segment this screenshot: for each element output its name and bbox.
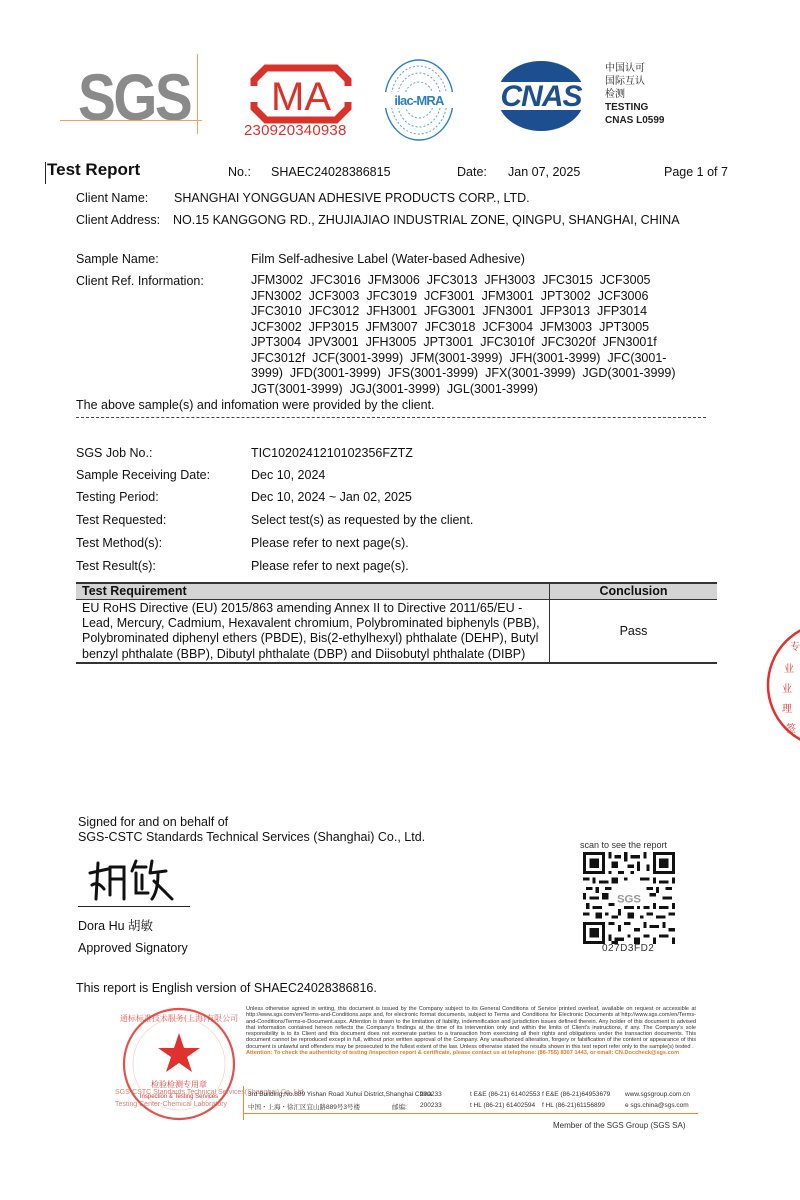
client-ref-line: JFC3010 JFC3012 JFH3001 JFG3001 JFN3001 …	[251, 304, 721, 320]
report-no-label: No.:	[228, 165, 251, 179]
client-ref-line: JFN3002 JCF3003 JFC3019 JCF3001 JFM3001 …	[251, 289, 721, 305]
svg-text:SGS: SGS	[617, 894, 641, 906]
svg-text:CNAS: CNAS	[500, 80, 582, 113]
terms-fine-print: Unless otherwise agreed in writing, this…	[246, 1006, 696, 1056]
english-version-note: This report is English version of SHAEC2…	[76, 981, 377, 995]
report-title: Test Report	[47, 160, 140, 180]
testing-period-value: Dec 10, 2024 ~ Jan 02, 2025	[251, 489, 412, 505]
table-header-row: Test Requirement Conclusion	[76, 583, 717, 600]
handwritten-signature-icon	[86, 855, 176, 905]
signed-line-2: SGS-CSTC Standards Technical Services (S…	[78, 830, 425, 845]
cnas-caption-line: 中国认可	[605, 62, 664, 75]
client-ref-line: JCF3002 JFP3015 JFM3007 JFC3018 JCF3004 …	[251, 320, 721, 336]
svg-text:签: 签	[786, 723, 796, 735]
client-name-label: Client Name:	[76, 190, 148, 206]
cnas-caption-line: CNAS L0599	[605, 114, 664, 127]
test-result-label: Test Result(s):	[76, 558, 156, 574]
test-method-value: Please refer to next page(s).	[251, 535, 409, 551]
table-row: EU RoHS Directive (EU) 2015/863 amending…	[76, 600, 717, 663]
qr-caption: scan to see the report	[580, 840, 667, 850]
svg-text:理: 理	[782, 703, 792, 715]
ilac-mra-logo-icon: ilac-MRA	[382, 58, 456, 142]
client-ref-line: JGT(3001-3999) JGJ(3001-3999) JGL(3001-3…	[251, 382, 721, 398]
cma-logo-icon: MA	[248, 64, 354, 124]
footer-divider-vertical	[243, 1086, 244, 1120]
job-no-label: SGS Job No.:	[76, 445, 152, 461]
official-stamp-icon: 专 业 业 理 签	[764, 620, 800, 750]
logo-divider-horizontal	[60, 120, 202, 121]
client-ref-list: JFM3002 JFC3016 JFM3006 JFC3013 JFH3003 …	[251, 273, 721, 397]
sample-name-label: Sample Name:	[76, 251, 159, 267]
sample-name-value: Film Self-adhesive Label (Water-based Ad…	[251, 251, 525, 267]
qr-verification-code: 027D3FD2	[602, 943, 654, 954]
section-divider	[76, 417, 706, 418]
client-ref-line: JFC3012f JCF(3001-3999) JFM(3001-3999) J…	[251, 351, 721, 367]
client-ref-line: JFM3002 JFC3016 JFM3006 JFC3013 JFH3003 …	[251, 273, 721, 289]
conclusion-cell: Pass	[550, 600, 718, 663]
address-en: 3rd Building,No.889 Yishan Road Xuhui Di…	[248, 1091, 432, 1098]
client-address-label: Client Address:	[76, 212, 160, 228]
receiving-date-value: Dec 10, 2024	[251, 467, 325, 483]
logo-divider-vertical	[197, 54, 198, 134]
svg-text:MA: MA	[271, 75, 331, 119]
signer-block: Dora Hu 胡敏 Approved Signatory	[78, 915, 188, 959]
email-link[interactable]: e sgs.china@sgs.com	[625, 1102, 689, 1109]
website-link[interactable]: www.sgsgroup.com.cn	[625, 1091, 690, 1098]
fax-ee: f E&E (86-21)64953679	[542, 1091, 610, 1098]
postcode-label-cn: 邮编:	[392, 1102, 407, 1111]
text-cursor	[45, 162, 46, 184]
client-address-value: NO.15 KANGGONG RD., ZHUJIAJIAO INDUSTRIA…	[173, 212, 680, 228]
signer-name: Dora Hu 胡敏	[78, 915, 188, 937]
signed-on-behalf: Signed for and on behalf of SGS-CSTC Sta…	[78, 815, 425, 845]
cnas-caption-line: 检测	[605, 88, 664, 101]
cnas-caption: 中国认可 国际互认 检测 TESTING CNAS L0599	[605, 62, 664, 127]
signed-line-1: Signed for and on behalf of	[78, 815, 425, 830]
cnas-caption-line: TESTING	[605, 101, 664, 114]
client-ref-line: 3999) JFD(3001-3999) JFS(3001-3999) JFX(…	[251, 366, 721, 382]
postcode: 200233	[420, 1091, 442, 1098]
column-header-conclusion: Conclusion	[550, 583, 718, 600]
authenticity-attention: Attention: To check the authenticity of …	[246, 1050, 696, 1056]
terms-text: Unless otherwise agreed in writing, this…	[246, 1006, 696, 1050]
footer-divider-horizontal	[243, 1113, 698, 1114]
receiving-date-label: Sample Receiving Date:	[76, 467, 210, 483]
signature-line	[78, 906, 190, 907]
cnas-caption-line: 国际互认	[605, 75, 664, 88]
fax-hl: f HL (86-21)61156899	[542, 1102, 605, 1109]
phone-hl: t HL (86-21) 61402594	[470, 1102, 535, 1109]
report-no-value: SHAEC24028386815	[271, 165, 391, 179]
test-requirement-table: Test Requirement Conclusion EU RoHS Dire…	[76, 582, 717, 664]
test-requested-value: Select test(s) as requested by the clien…	[251, 512, 473, 528]
client-ref-line: JPT3004 JPV3001 JFH3005 JPT3001 JFC3010f…	[251, 335, 721, 351]
address-cn: 中国・上海・徐汇区宜山路889号3号楼	[248, 1102, 360, 1111]
svg-text:业: 业	[782, 682, 792, 695]
client-name-value: SHANGHAI YONGGUAN ADHESIVE PRODUCTS CORP…	[174, 190, 530, 206]
report-date-label: Date:	[457, 165, 487, 179]
test-result-value: Please refer to next page(s).	[251, 558, 409, 574]
phone-ee: t E&E (86-21) 61402553	[470, 1091, 540, 1098]
postcode: 200233	[420, 1102, 442, 1109]
svg-text:ilac-MRA: ilac-MRA	[394, 93, 445, 108]
member-note: Member of the SGS Group (SGS SA)	[553, 1121, 686, 1130]
test-requested-label: Test Requested:	[76, 512, 166, 528]
client-ref-label: Client Ref. Information:	[76, 273, 204, 289]
page-indicator: Page 1 of 7	[664, 165, 728, 179]
testing-period-label: Testing Period:	[76, 489, 159, 505]
signer-title: Approved Signatory	[78, 937, 188, 959]
report-date-value: Jan 07, 2025	[508, 165, 580, 179]
job-no-value: TIC1020241210102356FZTZ	[251, 445, 413, 461]
cma-number: 230920340938	[244, 122, 347, 139]
svg-text:通标标准技术服务(上海)有限公司: 通标标准技术服务(上海)有限公司	[120, 1013, 238, 1023]
cnas-logo-icon: CNAS	[488, 60, 594, 132]
qr-code-icon[interactable]: SGS	[583, 852, 675, 944]
column-header-requirement: Test Requirement	[76, 583, 550, 600]
svg-text:专: 专	[790, 640, 800, 653]
test-method-label: Test Method(s):	[76, 535, 162, 551]
provided-note: The above sample(s) and infomation were …	[76, 397, 435, 413]
requirement-cell: EU RoHS Directive (EU) 2015/863 amending…	[76, 600, 550, 663]
svg-text:业: 业	[784, 662, 794, 675]
